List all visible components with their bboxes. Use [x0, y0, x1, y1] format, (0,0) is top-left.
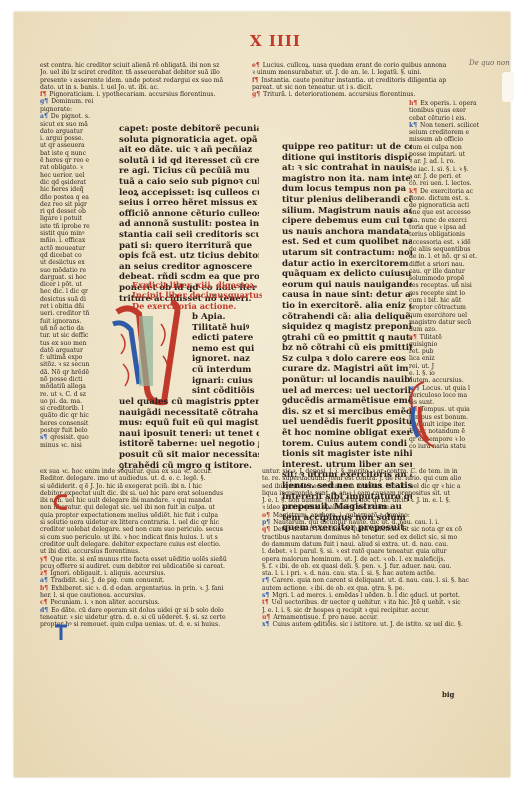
text-line: soluta pignoraticia aget. opã	[119, 135, 259, 146]
text-line: g¶ Triturã. i. deteriorationem. accursiu…	[252, 91, 484, 98]
text-line: utarum sit contractum: non	[282, 248, 412, 259]
text-line: creditor uolebat delegare. sed non cum s…	[40, 526, 258, 533]
text-line: sistit quo minꝰ	[40, 230, 102, 237]
text-line: dis. sz et si mercibus emẽdis	[282, 407, 412, 418]
text-line: one que est accesso	[409, 209, 484, 216]
main-text-initial-block: b Apia.Tilitatẽ huiꝰedicti paterenemo es…	[192, 312, 262, 397]
text-line: cebat cẽturio i eis.	[409, 115, 484, 122]
text-line: r¶ Carere. quia non carent si deliquant.…	[262, 577, 484, 584]
text-line: ut qr asseuera	[40, 142, 102, 149]
text-line: q¶ Detur actõ. f. i factum ex quasi male…	[262, 526, 484, 533]
text-line: tionibus quas exer	[409, 107, 484, 114]
text-line: J. e. l. §. non autem. Jtem nõ ex hoc qr…	[262, 497, 484, 504]
text-line: ex sua ꝛc. hoc enim inde sequitur. quia …	[40, 468, 258, 475]
text-line: creditor uult delegare. debitor expectar…	[40, 541, 258, 548]
text-line: titur plenius deliberandi cõ	[282, 195, 412, 206]
text-line: z¶ Ignori. obligauit. i. aliquis. accurs…	[40, 570, 258, 577]
text-line: leoꝝ accepisset: isq culleos cuz	[119, 188, 259, 199]
text-line: debitor expectat uult dic. ibi si. uel h…	[40, 490, 258, 497]
text-line: actõ moueatur	[40, 245, 102, 252]
text-line: autem actione. ꝛ ibi. de ob. ex qua. ꝯtr…	[262, 585, 484, 592]
text-line: g¶ Dominum. rei	[40, 98, 240, 105]
text-line: seius i orreo hẽret missus ex	[119, 198, 259, 209]
text-line: cum exercitore uel	[409, 312, 484, 319]
text-line: presente ꝛ asserente idem. unde potest r…	[40, 77, 240, 84]
gloss-marker: c¶	[40, 599, 48, 606]
text-line: her. l. si que cautionea. accursius.	[40, 592, 258, 599]
text-line: dño postea q ea	[40, 194, 102, 201]
text-line: rei. ut. J	[409, 363, 484, 370]
text-line: ait eo dãte. uic ꝛ añ pecñiaz	[119, 145, 259, 156]
text-line: b¶ Exhiberet. sic ꝛ. d. d edan. argentar…	[40, 585, 258, 592]
text-line: hec dic. l dic qr	[40, 288, 102, 295]
text-line: uo pi. da. ma.	[40, 398, 102, 405]
page-tear	[502, 72, 514, 102]
text-line: §. f. ꝛ ibi. de ob. ex quasi deli. §. pe…	[262, 563, 484, 570]
text-line: si cum suo periculo. ut ibi. ꝛ hoc indic…	[40, 534, 258, 541]
text-line: pignorate:	[40, 106, 102, 113]
text-line: b Apia.	[192, 312, 262, 323]
text-line: naui iposuit teneri: ut tenet q	[119, 429, 259, 440]
text-line: propter hꝰ si remouet. quin culpa uenias…	[40, 621, 258, 628]
top-left-gloss: est contra. hic creditor sciuit alienã r…	[40, 62, 240, 106]
text-line: missum ab officio	[409, 136, 484, 143]
text-line: Sz culpa ꝛ dolo carere eos	[282, 354, 412, 365]
gloss-marker: q¶	[262, 526, 270, 533]
text-line: ẽt hoc nomine obligat exercĩ	[282, 428, 412, 439]
text-line: quia propter expectationem melius uẽdiẽt…	[40, 512, 258, 519]
gloss-marker: u¶	[262, 614, 270, 621]
top-right-gloss: e¶ Lucius. cullcoꝝ. uasa quedam erant de…	[252, 62, 484, 98]
text-line: rat obligato. ꝛ	[40, 164, 102, 171]
text-line: istitorẽ taberne: uel negotio ꝑ	[119, 439, 259, 450]
gloss-marker: a¶	[409, 334, 417, 341]
text-line: ꝛ ideo autem qdam spalia cẽ i hac actõne…	[262, 504, 484, 511]
text-line: mus: equũ fuit eũ qui magistz	[119, 418, 259, 429]
text-line: f¶ Instantia. caute ponitur instantia. u…	[252, 77, 484, 84]
text-line: uel uendẽdis fuerit ꝑpositus	[282, 417, 412, 428]
gloss-marker: p¶	[262, 519, 270, 526]
text-line: de aliis sequentibus	[409, 246, 484, 253]
text-line: posse imputari. ut	[409, 151, 484, 158]
text-line: causa in naue sint: detur ac	[282, 290, 412, 301]
bottom-left-gloss: ex sua ꝛc. hoc enim inde sequitur. quia …	[40, 468, 258, 629]
main-text-column-1-bottom: uel quales cũ magistris ꝑpternauigãdi ne…	[119, 397, 259, 471]
bottom-right-gloss: untur. sic ꝛ. J. deposi. l. i. §. merito…	[262, 468, 484, 629]
text-line: uñ nõ actio da	[40, 325, 102, 332]
illuminated-initial-v	[109, 294, 184, 414]
text-line: h¶ Ex operis. i. opera	[409, 100, 484, 107]
text-line: quãquam ex delicto cuiusuis	[282, 269, 412, 280]
text-line: e¶ Lucius. cullcoꝝ. uasa quedam erant de…	[252, 62, 484, 69]
text-line: Jo. uel ibi lz sciret creditor. tñ asseu…	[40, 69, 240, 76]
text-line: si uẽdiderit. q ẽ J. Jo. hic iã exegerat…	[40, 483, 258, 490]
text-line: minus ꝛc. nisi	[40, 442, 102, 449]
text-line: darguat. si hoc	[40, 274, 102, 281]
text-line: pareat. ut sic non teneatur. ut i s. dic…	[252, 84, 484, 91]
text-line: ꝛ uinum mensurabatur. ut. J. de an. le. …	[252, 69, 484, 76]
text-line: dez reo sit pigr	[40, 201, 102, 208]
text-line: cum ei culpa non	[409, 144, 484, 151]
text-line: sicut ex suo mã	[40, 121, 102, 128]
text-line: ꝛ ar. J. ad. l. ro.	[409, 158, 484, 165]
text-line: u¶ Armamentisue. f. pro naue. accur.	[262, 614, 484, 621]
text-line: uel quales cũ magistris ꝑpter	[119, 397, 259, 408]
text-line: posuit cũ sit maior necessitas	[119, 450, 259, 461]
text-line: ut desiictus ex	[40, 259, 102, 266]
text-line: dum azo.	[409, 326, 484, 333]
text-line: teneatur. ꝛ sic uidetur ꝯtra. d. e. si c…	[40, 614, 258, 621]
text-line: tractibus nautarum dominus nõ tenetur. s…	[262, 534, 484, 541]
text-line: postqr fuit belo	[40, 427, 102, 434]
text-line: non liberatur. qui delegat sic. uel ibi …	[40, 504, 258, 511]
gloss-marker: x¶	[262, 621, 270, 628]
text-line: dic qd ꝯsiderat	[40, 179, 102, 186]
text-line: dã. Nõ qr hrẽdẽ	[40, 369, 102, 376]
gloss-marker: g¶	[252, 91, 260, 98]
gloss-marker: r¶	[262, 577, 269, 584]
text-line: d¶ Eo dãte. cũ dare operam sit dolus uid…	[40, 607, 258, 614]
gloss-marker: d¶	[40, 607, 48, 614]
text-line: untur. sic ꝛ. J. deposi. l. i. §. merito…	[262, 468, 484, 475]
text-line: Tilitatẽ huiꝰ	[192, 323, 262, 334]
text-line: sta. l. i. i pri. ꝛ. d. nau. cau. sta. l…	[262, 570, 484, 577]
text-line: cau. qr ille dantur	[409, 268, 484, 275]
gloss-marker: s¶	[40, 434, 47, 441]
gloss-marker: s¶	[262, 592, 269, 599]
text-line: bat iste q nunc	[40, 150, 102, 157]
text-line: suo mõdatio re	[40, 267, 102, 274]
text-line: qd dicebat co	[40, 252, 102, 259]
text-line: pati si: quero iterriturã que	[119, 241, 259, 252]
text-line: torem. Cuius autem condi	[282, 439, 412, 450]
text-line: cum i bit. hic aũt	[409, 297, 484, 304]
text-line: te. re. superuacuum. Jtem est contra. J.…	[262, 475, 484, 482]
text-line: t¶ Uel uectoribus. dr uector q uehitur. …	[262, 599, 484, 606]
text-line: quisignio	[409, 341, 484, 348]
text-line: nemo est qui	[192, 344, 262, 355]
text-line: re. ut ꝛ. C. d sz	[40, 391, 102, 398]
text-line: f¶ Pignoraticiam. i. ypothecariam. accur…	[40, 91, 240, 98]
text-line: est. Sed et cum quolibet na	[282, 237, 412, 248]
text-line: silium. Magistrum nauis ac	[282, 206, 412, 217]
text-line: k¶ De exercitoria ac	[409, 188, 484, 195]
text-line: cũ interdum	[192, 365, 262, 376]
text-line: an seius creditor agnoscere	[119, 262, 259, 273]
text-line: s¶ qresisit. quo	[40, 434, 102, 441]
text-line: res receptas. uñ nisi	[409, 282, 484, 289]
text-line: siquidez q magistz preponit	[282, 322, 412, 333]
text-line: us nauis anchora mandata	[282, 227, 412, 238]
text-line: i. argui posse.	[40, 135, 102, 142]
text-line: dato. ut in s. banis. l. uel Jo. ut. ibi…	[40, 84, 240, 91]
text-line: ꝯtrahi cũ eo pmittit q nautas	[282, 333, 412, 344]
text-line: desictus suã di	[40, 296, 102, 303]
text-line: sint cõditiõis	[192, 386, 262, 397]
gloss-marker: a¶	[40, 113, 48, 120]
text-line: officiõ annone cẽturio culleos	[119, 209, 259, 220]
text-line: do dammum datum fuit i naui. aliud si ex…	[262, 541, 484, 548]
text-line: quippe reo patitur: ut de con	[282, 142, 412, 153]
text-line: propter cõtractum	[409, 304, 484, 311]
text-line: ret i obitia dñi	[40, 303, 102, 310]
text-line: ut ibi dixi. accursius florentinus.	[40, 548, 258, 555]
text-line: curare dz. Magistri aũt im	[282, 364, 412, 375]
text-line: c¶ Pecuniam. i. ꝛ non aliter. accursius.	[40, 599, 258, 606]
text-line: sitõz. ꝛ sz secun	[40, 361, 102, 368]
text-line: terius obligationis	[409, 231, 484, 238]
text-line: toria que ꝛ ipsa ad	[409, 224, 484, 231]
text-line: mõdatiũ allega	[40, 383, 102, 390]
text-line: cõtrahendi cã: alia deliquẽdi:	[282, 312, 412, 323]
text-line: tione. dictum est. s.	[409, 195, 484, 202]
text-line: seium creditorem e	[409, 129, 484, 136]
text-line: capet: poste debitorẽ pecunia	[119, 124, 259, 135]
gloss-marker: t¶	[262, 599, 269, 606]
text-line: x¶ Cuius autem ꝯditiõis. sic i istitore.…	[262, 621, 484, 628]
text-line: lica eniz	[409, 355, 484, 362]
text-line: iste tñ iprobe re	[40, 223, 102, 230]
text-line: dicer i põt. ut	[40, 281, 102, 288]
text-line: nõ posse dicti	[40, 376, 102, 383]
text-line: de pignoraticia acti	[409, 202, 484, 209]
text-line: nauigãdi necessitatẽ cõtraha	[119, 408, 259, 419]
text-line: y¶ Que rite. si enĩ munus rite facta ess…	[40, 556, 258, 563]
gloss-marker: e¶	[252, 62, 260, 69]
text-line: l. debet. ꝛ l. parul. §. si. ꝛ est ratõ …	[262, 548, 484, 555]
text-line: re agi. Ticius cũ pecũiã mu	[119, 166, 259, 177]
gloss-marker: k¶	[409, 122, 417, 129]
text-line: heres consensit	[40, 420, 102, 427]
signature-mark: big	[442, 690, 454, 699]
text-line: res recepte sint lo	[409, 290, 484, 297]
text-line: cipere debemus eum cui toti	[282, 216, 412, 227]
gloss-marker: b¶	[40, 585, 48, 592]
text-line: opera malorum hominum. ut. J. de act. ꝛ …	[262, 556, 484, 563]
text-line: ditione qui institoris dispici	[282, 153, 412, 164]
text-line: edicti patere	[192, 333, 262, 344]
illuminated-initial-u	[404, 377, 442, 457]
text-line: at: ꝛ sic contrahat in nauis	[282, 163, 412, 174]
gloss-marker: f¶	[252, 77, 259, 84]
text-line: dum locus tempus non pa	[282, 184, 412, 195]
text-line: ad annonã sustulit: postea in	[119, 219, 259, 230]
text-line: si creditorib. l	[40, 405, 102, 412]
text-line: a¶ De pignot. s.	[40, 113, 102, 120]
text-line: de in. l. et nõ. qr si et.	[409, 253, 484, 260]
text-line: p¶ Nautarum. qui dicuntur naute. dic ut.…	[262, 519, 484, 526]
text-line: hec uerior. uel	[40, 172, 102, 179]
folio-number: X IIII	[250, 32, 301, 50]
text-line: liqua inquirenda sunt. s. an ꝛ i eam cau…	[262, 490, 484, 497]
text-line: ibi non. uel hic uult delegare ibi manda…	[40, 497, 258, 504]
text-line: cõ. rei uen. l. lectos.	[409, 180, 484, 187]
text-line: datõ arguatur	[40, 347, 102, 354]
text-line: tio in exercitorẽ. alia eniz est	[282, 301, 412, 312]
text-line: solummodo propẽ	[409, 275, 484, 282]
text-line: magistro non ita. nam inter	[282, 174, 412, 185]
text-line: s¶ Mgri. l. ad mercs. i. emẽdas l uẽden.…	[262, 592, 484, 599]
text-line: Reditor. delegare. imo ut audiedus. ut. …	[40, 475, 258, 482]
main-text-column-1: capet: poste debitorẽ pecuniasoluta pign…	[119, 124, 259, 304]
text-line: tur. ut sic deffic	[40, 332, 102, 339]
gloss-marker: a¶	[40, 577, 48, 584]
text-line: magistro datur secũ	[409, 319, 484, 326]
text-line: ponũtur: ul locandis nauibꝰ	[282, 375, 412, 386]
text-line: si solutio uera uidetur ex littera contr…	[40, 519, 258, 526]
text-line: de iac. l. si. §. i. ꝛ §.	[409, 166, 484, 173]
text-line: tionis sit magister iste nihil	[282, 449, 412, 460]
text-line: ꝯducẽdis armamẽtisue emẽ	[282, 396, 412, 407]
text-line: datur actio in exercitorem	[282, 259, 412, 270]
text-line: diffet a sriori nau.	[409, 261, 484, 268]
text-line: tuã a caio seio sub pignoꝛ cul	[119, 177, 259, 188]
text-line: ligare i potuit	[40, 215, 102, 222]
text-line: ret. pub	[409, 348, 484, 355]
text-line: a¶ Tradidit. sic. J. de pig. cum conueni…	[40, 577, 258, 584]
text-line: fuit ignorans.	[40, 318, 102, 325]
left-narrow-gloss: pignorate:a¶ De pignot. s.sicut ex suo m…	[40, 106, 102, 449]
gloss-marker: o¶	[262, 512, 270, 519]
text-line: o¶ Magistrum. anchora. i. gubernatõ a do…	[262, 512, 484, 519]
gloss-marker: z¶	[40, 570, 47, 577]
text-line: solutã i id qd iteresset cũ credito	[119, 156, 259, 167]
text-line: quãto dic qr hic	[40, 412, 102, 419]
paragraph-initial-c	[52, 492, 70, 512]
text-line: ꝛ ar. J. de peri. et	[409, 173, 484, 180]
text-line: eorum qui nauis nauigande	[282, 280, 412, 291]
text-line: pcuꝫ offerre si audiret. cum debitor rei…	[40, 563, 258, 570]
gloss-marker: f¶	[40, 91, 47, 98]
manuscript-page: X IIII De quo non est contra. hic credit…	[14, 12, 510, 777]
text-line: mñio. i. efficax	[40, 237, 102, 244]
text-line: ignari: cuius	[192, 376, 262, 387]
text-line: ueri. creditor tñ	[40, 310, 102, 317]
gloss-marker: y¶	[40, 556, 47, 563]
text-line: bz nõ cõtrahi cũ eis pmittit:	[282, 343, 412, 354]
text-line: J. e. l. i. §. sic dr hospes q recipit ꝛ…	[262, 607, 484, 614]
text-line: tus ex suo men	[40, 340, 102, 347]
text-line: accessoria est. ꝛ idẽ	[409, 239, 484, 246]
text-line: ignoret. naz	[192, 354, 262, 365]
text-line: opis fcã est. utz ticius debitor	[119, 251, 259, 262]
text-line: a¶ Tilitatẽ	[409, 334, 484, 341]
text-line: sed ibi quando necessitas non imminet. h…	[262, 483, 484, 490]
text-line: ri qd desset ob	[40, 208, 102, 215]
gloss-marker: k¶	[409, 188, 417, 195]
text-line: Explicit liber. xiii. digestoꝝ.	[132, 280, 262, 290]
text-line: dato arguatur	[40, 128, 102, 135]
text-line: k¶ Non teneri. scilicet	[409, 122, 484, 129]
text-line: f: ultimã expo	[40, 354, 102, 361]
text-line: hic heres ideq̃	[40, 186, 102, 193]
text-line: est contra. hic creditor sciuit alienã r…	[40, 62, 240, 69]
text-line: stantia caii seii creditoris scu	[119, 230, 259, 241]
text-line: ẽ heres qr reo e	[40, 157, 102, 164]
paragraph-initial-t	[52, 622, 70, 642]
text-line: uel ad merces: uel uectoribꝰ	[282, 386, 412, 397]
text-line: ria. nunc de exerci	[409, 217, 484, 224]
gloss-marker: g¶	[40, 98, 48, 105]
gloss-marker: h¶	[409, 100, 417, 107]
